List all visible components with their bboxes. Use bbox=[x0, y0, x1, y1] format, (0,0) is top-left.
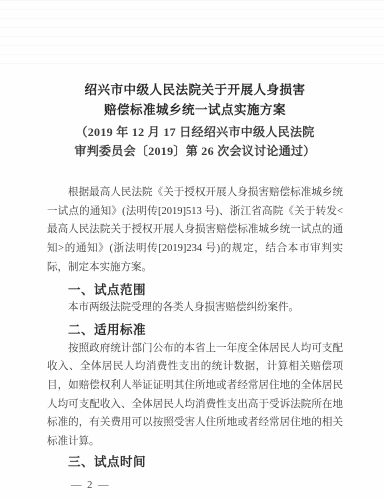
section-2-heading: 二、适用标准 bbox=[47, 321, 343, 340]
section-3-heading: 三、试点时间 bbox=[47, 453, 343, 472]
title-line-1: 绍兴市中级人民法院关于开展人身损害 bbox=[47, 80, 343, 100]
page-number: — 2 — bbox=[71, 480, 110, 491]
scanned-document-page: 绍兴市中级人民法院关于开展人身损害 赔偿标准城乡统一试点实施方案 （2019 年… bbox=[0, 0, 384, 500]
scan-artifact-texture bbox=[0, 0, 384, 72]
section-2-body: 按照政府统计部门公布的本省上一年度全体居民人均可支配收入、全体居民人均消费性支出… bbox=[47, 340, 343, 452]
document-content: 绍兴市中级人民法院关于开展人身损害 赔偿标准城乡统一试点实施方案 （2019 年… bbox=[47, 80, 343, 472]
document-title: 绍兴市中级人民法院关于开展人身损害 赔偿标准城乡统一试点实施方案 bbox=[47, 80, 343, 120]
document-body: 根据最高人民法院《关于授权开展人身损害赔偿标准城乡统一试点的通知》(法明传[20… bbox=[47, 184, 343, 472]
title-line-2: 赔偿标准城乡统一试点实施方案 bbox=[47, 100, 343, 120]
document-subtitle: （2019 年 12 月 17 日经绍兴市中级人民法院 审判委员会〔2019〕第… bbox=[47, 123, 343, 160]
section-1-heading: 一、试点范围 bbox=[47, 281, 343, 300]
section-1-body: 本市两级法院受理的各类人身损害赔偿纠纷案件。 bbox=[47, 299, 343, 318]
subtitle-line-2: 审判委员会〔2019〕第 26 次会议讨论通过） bbox=[47, 142, 343, 161]
intro-paragraph: 根据最高人民法院《关于授权开展人身损害赔偿标准城乡统一试点的通知》(法明传[20… bbox=[47, 184, 343, 278]
subtitle-line-1: （2019 年 12 月 17 日经绍兴市中级人民法院 bbox=[47, 123, 343, 142]
